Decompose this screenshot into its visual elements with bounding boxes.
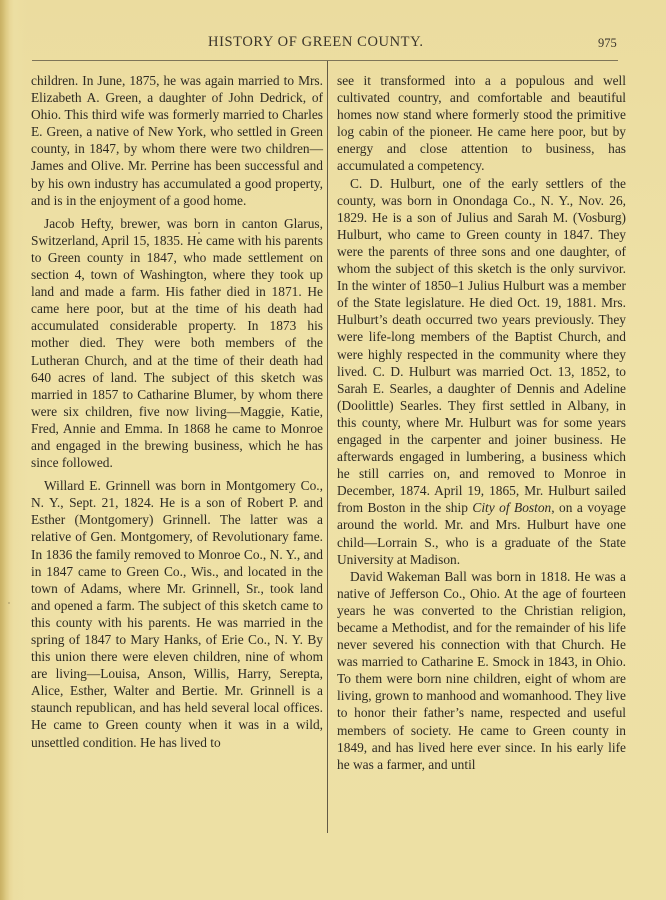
paper-speck xyxy=(198,232,200,234)
hulburt-text-a: C. D. Hulburt, one of the early settlers… xyxy=(337,176,626,516)
column-divider xyxy=(327,61,328,833)
paragraph-cd-hulburt: C. D. Hulburt, one of the early settlers… xyxy=(337,175,626,568)
running-title: HISTORY OF GREEN COUNTY. xyxy=(208,34,424,51)
spine-shadow xyxy=(0,0,10,900)
paper-speck xyxy=(8,602,10,604)
page-header: HISTORY OF GREEN COUNTY. 975 xyxy=(0,34,666,54)
left-column: children. In June, 1875, he was again ma… xyxy=(31,72,323,751)
header-rule xyxy=(32,60,618,61)
paragraph-willard-grinnell: Willard E. Grinnell was born in Montgome… xyxy=(31,477,323,751)
ship-name: City of Boston xyxy=(472,500,551,515)
right-column: see it transformed into a a populous and… xyxy=(337,72,626,773)
paragraph-jacob-hefty: Jacob Hefty, brewer, was born in canton … xyxy=(31,215,323,471)
page-number: 975 xyxy=(598,36,617,51)
paragraph-david-ball: David Wakeman Ball was born in 1818. He … xyxy=(337,568,626,773)
paragraph-grinnell-continued: see it transformed into a a populous and… xyxy=(337,72,626,175)
book-page: HISTORY OF GREEN COUNTY. 975 children. I… xyxy=(0,0,666,900)
paragraph-perrine-continued: children. In June, 1875, he was again ma… xyxy=(31,72,323,209)
